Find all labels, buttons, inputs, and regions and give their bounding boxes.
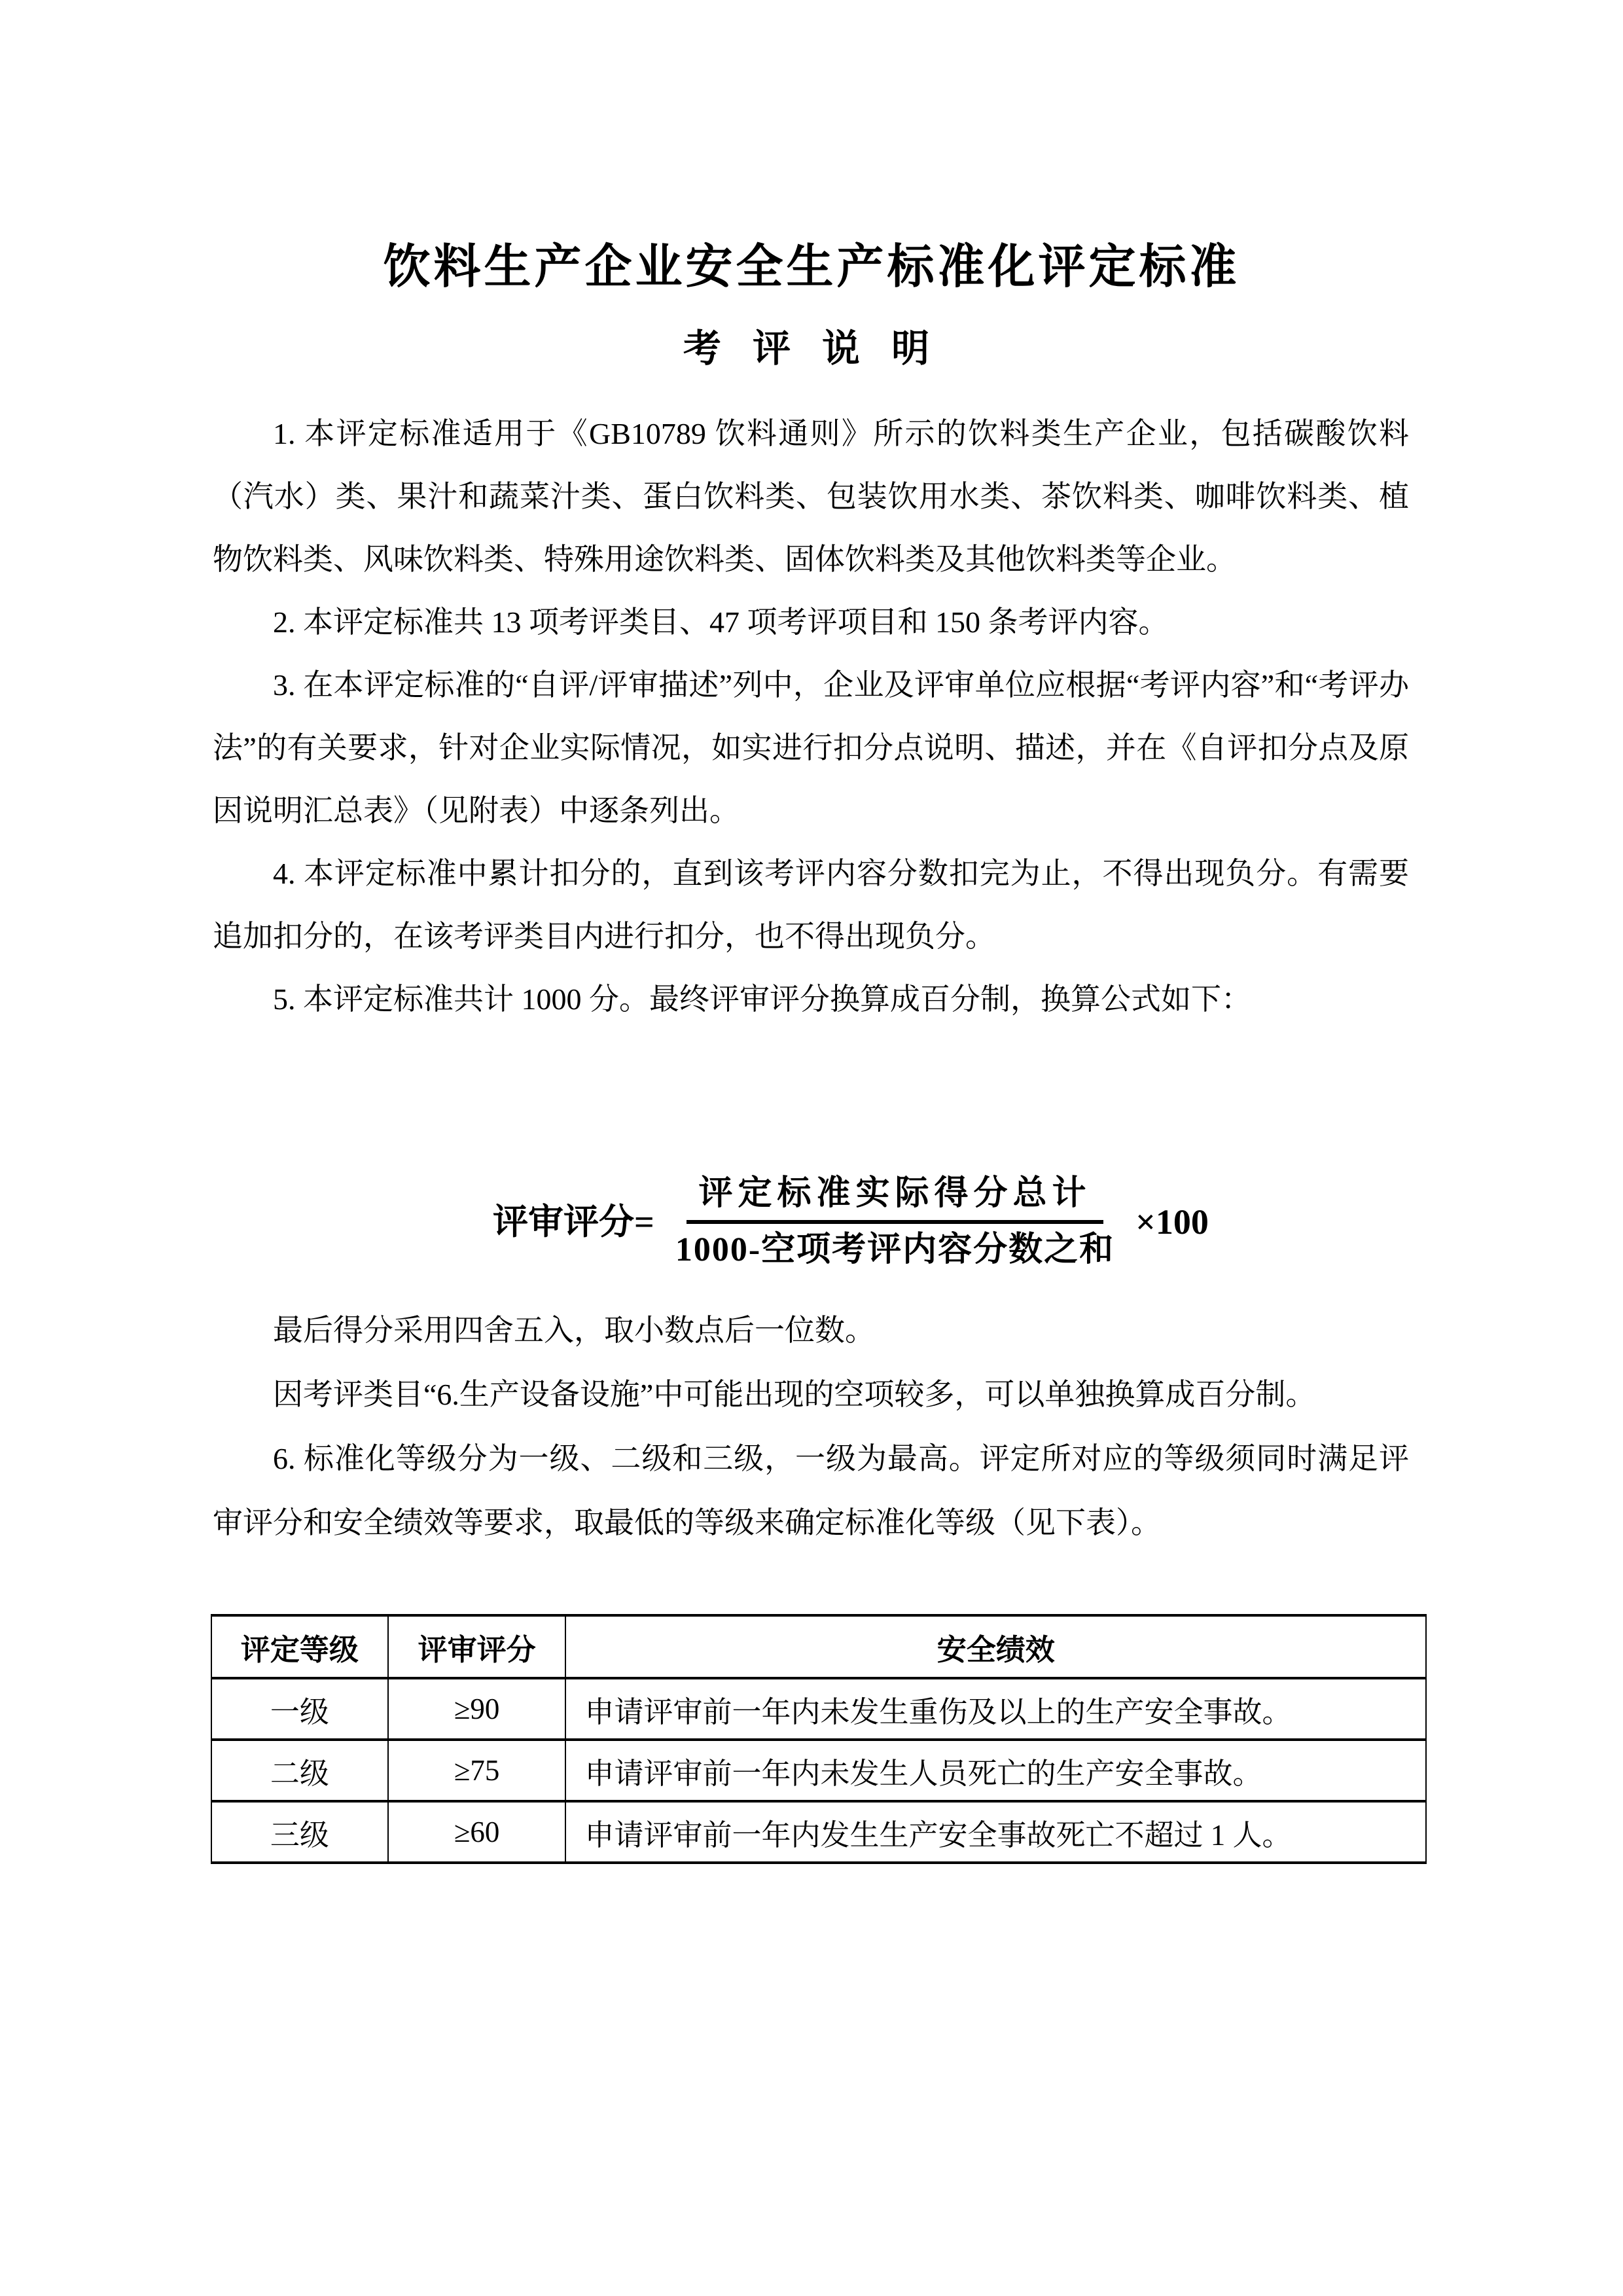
document-page: 饮料生产企业安全生产标准化评定标准 考 评 说 明 1. 本评定标准适用于《GB… — [0, 0, 1623, 2296]
cell-score: ≥60 — [388, 1801, 566, 1863]
paragraph-grading-levels: 6. 标准化等级分为一级、二级和三级，一级为最高。评定所对应的等级须同时满足评审… — [213, 1427, 1409, 1555]
cell-score: ≥90 — [388, 1678, 566, 1740]
cell-level: 三级 — [211, 1801, 388, 1863]
note-rounding: 最后得分采用四舍五入，取小数点后一位数。 — [213, 1299, 1409, 1363]
notes-section: 最后得分采用四舍五入，取小数点后一位数。 因考评类目“6.生产设备设施”中可能出… — [213, 1299, 1409, 1555]
header-safety-performance: 安全绩效 — [565, 1615, 1426, 1678]
grade-table-header-row: 评定等级 评审评分 安全绩效 — [211, 1615, 1426, 1678]
formula-multiplier: ×100 — [1135, 1204, 1209, 1240]
cell-level: 二级 — [211, 1740, 388, 1801]
header-grade-level: 评定等级 — [211, 1615, 388, 1678]
formula-lhs: 评审评分= — [493, 1204, 654, 1240]
cell-level: 一级 — [211, 1678, 388, 1740]
header-review-score: 评审评分 — [388, 1615, 566, 1678]
formula-denominator: 1000-空项考评内容分数之和 — [664, 1224, 1126, 1267]
cell-performance: 申请评审前一年内未发生人员死亡的生产安全事故。 — [565, 1740, 1426, 1801]
table-row-level-1: 一级 ≥90 申请评审前一年内未发生重伤及以上的生产安全事故。 — [211, 1678, 1426, 1740]
note-empty-items: 因考评类目“6.生产设备设施”中可能出现的空项较多，可以单独换算成百分制。 — [213, 1363, 1409, 1427]
grade-table: 评定等级 评审评分 安全绩效 一级 ≥90 申请评审前一年内未发生重伤及以上的生… — [211, 1614, 1427, 1864]
paragraph-counts: 2. 本评定标准共 13 项考评类目、47 项考评项目和 150 条考评内容。 — [213, 591, 1409, 654]
page-subtitle: 考 评 说 明 — [0, 330, 1623, 368]
cell-score: ≥75 — [388, 1740, 566, 1801]
paragraph-scope: 1. 本评定标准适用于《GB10789 饮料通则》所示的饮料类生产企业，包括碳酸… — [213, 403, 1409, 591]
table-row-level-3: 三级 ≥60 申请评审前一年内发生生产安全事故死亡不超过 1 人。 — [211, 1801, 1426, 1863]
table-row-level-2: 二级 ≥75 申请评审前一年内未发生人员死亡的生产安全事故。 — [211, 1740, 1426, 1801]
score-conversion-formula: 评审评分= 评定标准实际得分总计 1000-空项考评内容分数之和 ×100 — [39, 1177, 1623, 1267]
formula-numerator: 评定标准实际得分总计 — [687, 1177, 1103, 1224]
intro-section: 1. 本评定标准适用于《GB10789 饮料通则》所示的饮料类生产企业，包括碳酸… — [213, 403, 1409, 1031]
page-title: 饮料生产企业安全生产标准化评定标准 — [0, 243, 1623, 291]
paragraph-total-score: 5. 本评定标准共计 1000 分。最终评审评分换算成百分制，换算公式如下： — [213, 968, 1409, 1031]
paragraph-deduction-rule: 4. 本评定标准中累计扣分的，直到该考评内容分数扣完为止，不得出现负分。有需要追… — [213, 842, 1409, 968]
cell-performance: 申请评审前一年内发生生产安全事故死亡不超过 1 人。 — [565, 1801, 1426, 1863]
cell-performance: 申请评审前一年内未发生重伤及以上的生产安全事故。 — [565, 1678, 1426, 1740]
formula-fraction: 评定标准实际得分总计 1000-空项考评内容分数之和 — [664, 1177, 1126, 1267]
paragraph-self-review: 3. 在本评定标准的“自评/评审描述”列中，企业及评审单位应根据“考评内容”和“… — [213, 654, 1409, 842]
